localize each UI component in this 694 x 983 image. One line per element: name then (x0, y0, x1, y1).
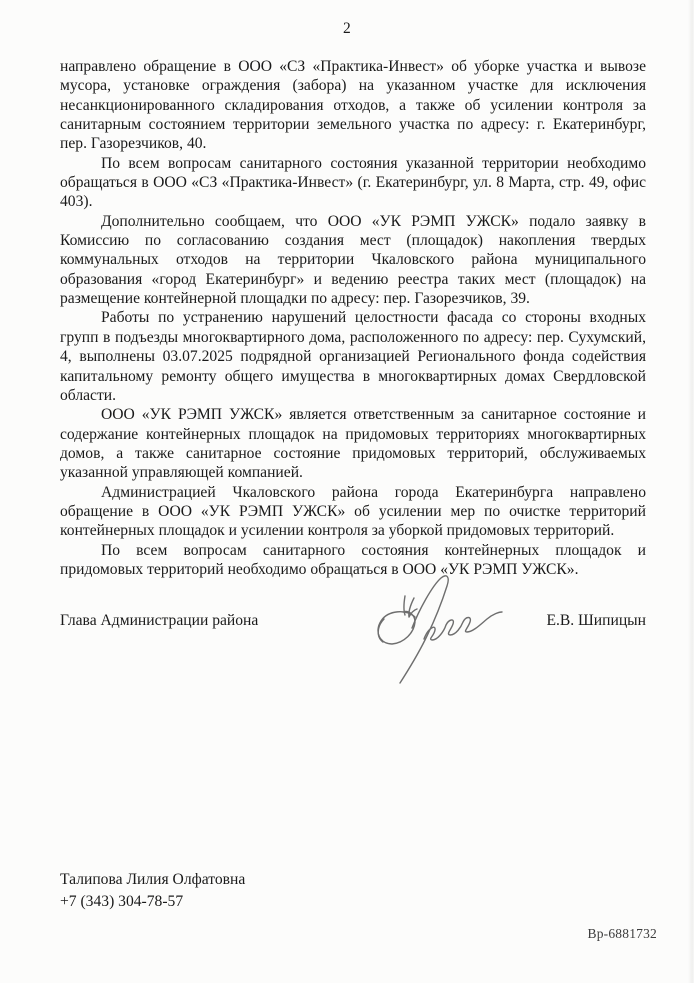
body-paragraph: направлено обращение в ООО «СЗ «Практика… (60, 57, 646, 154)
body-paragraph: Администрацией Чкаловского района города… (60, 483, 646, 541)
page-number: 2 (0, 20, 694, 38)
body-paragraph: Дополнительно сообщаем, что ООО «УК РЭМП… (60, 212, 646, 309)
body-paragraph: По всем вопросам санитарного состояния к… (60, 541, 646, 580)
scan-edge-artifact (688, 0, 694, 983)
signature-block: Глава Администрации района Е.В. Шипицын (60, 612, 646, 630)
handwritten-signature-icon (362, 566, 532, 701)
executor-name: Талипова Лилия Олфатовна (60, 869, 245, 891)
executor-phone: +7 (343) 304-78-57 (60, 891, 245, 913)
letter-body: направлено обращение в ООО «СЗ «Практика… (60, 57, 646, 579)
document-reference-number: Вр-6881732 (588, 926, 658, 942)
signer-name: Е.В. Шипицын (546, 612, 646, 630)
signer-position-title: Глава Администрации района (60, 612, 258, 630)
body-paragraph: По всем вопросам санитарного состояния у… (60, 154, 646, 212)
executor-contact: Талипова Лилия Олфатовна +7 (343) 304-78… (60, 869, 245, 912)
body-paragraph: ООО «УК РЭМП УЖСК» является ответственны… (60, 405, 646, 482)
body-paragraph: Работы по устранению нарушений целостнос… (60, 308, 646, 405)
document-page: 2 направлено обращение в ООО «СЗ «Практи… (0, 0, 694, 983)
